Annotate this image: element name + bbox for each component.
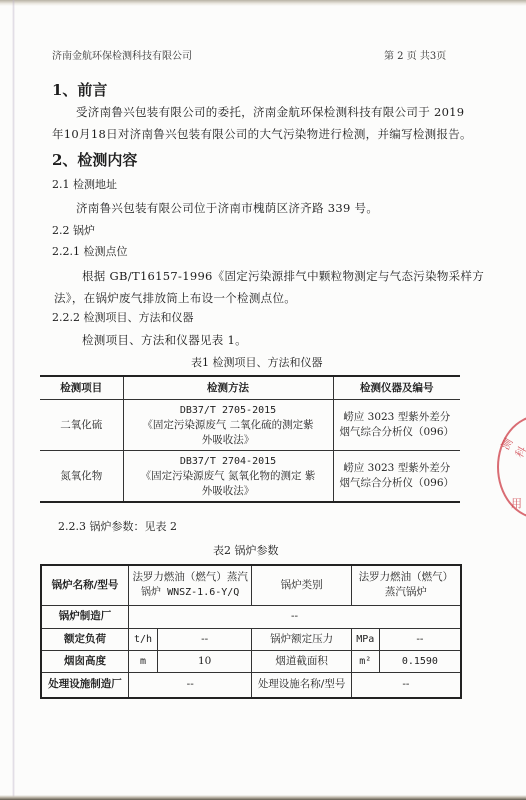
rated-pressure-label: 锅炉额定压力 [252,628,351,650]
table1-header-row: 检测项目 检测方法 检测仪器及编号 [40,376,460,400]
chimney-height-unit: m [129,650,158,672]
table-row: 氮氧化物 DB37/T 2704-2015 《固定污染源废气 氮氧化物的测定 紫… [40,451,460,503]
section2-1-text: 济南鲁兴包装有限公司位于济南市槐荫区济齐路 339 号。 [76,200,378,216]
rated-pressure-value: -- [379,628,461,650]
table1-instrument: 崂应 3023 型紫外差分 烟气综合分析仪（096） [333,451,460,503]
section2-2-2-title: 2.2.2 检测项目、方法和仪器 [52,309,194,325]
section2-2-2-text: 检测项目、方法和仪器见表 1。 [82,332,247,348]
method-standard: DB37/T 2704-2015 [126,454,331,469]
instrument-line1: 崂应 3023 型紫外差分 [336,410,459,425]
page-left-edge [12,0,15,800]
method-name-line2: 外吸收法》 [126,433,331,448]
page-top-edge [0,0,526,6]
table1-method: DB37/T 2704-2015 《固定污染源废气 氮氧化物的测定 紫 外吸收法… [123,451,333,503]
boiler-name-value-line1: 法罗力燃油（燃气）蒸汽 [131,570,249,585]
flue-area-value: 0.1590 [379,650,461,672]
section2-2-1-title: 2.2.1 检测点位 [52,243,128,259]
instrument-line2: 烟气综合分析仪（096） [336,476,459,491]
table2-boiler-parameters: 锅炉名称/型号 法罗力燃油（燃气）蒸汽 锅炉 WNSZ-1.6-Y/Q 锅炉类别… [40,564,462,699]
table2-caption: 表2 锅炉参数 [213,542,279,558]
section2-2-title: 2.2 锅炉 [52,222,95,238]
facility-model-label: 处理设施名称/型号 [252,672,351,698]
boiler-type-value: 法罗力燃油（燃气） 蒸汽锅炉 [351,565,461,605]
instrument-line2: 烟气综合分析仪（096） [336,425,459,440]
header-page-info: 第 2 页 共3页 [384,47,446,62]
table-row: 处理设施制造厂 -- 处理设施名称/型号 -- [41,672,461,698]
table-row: 锅炉制造厂 -- [41,605,461,628]
table1-item: 氮氧化物 [40,451,123,503]
method-standard: DB37/T 2705-2015 [126,403,331,418]
section2-2-1-text-line2: 法》，在锅炉废气排放筒上布设一个检测点位。 [54,290,296,306]
table1-item: 二氧化硫 [40,400,123,451]
section1-paragraph-line1: 受济南鲁兴包装有限公司的委托，济南金航环保检测科技有限公司于 2019 [76,104,464,120]
boiler-manufacturer-value: -- [129,605,462,628]
method-name-line1: 《固定污染源废气 二氧化硫的测定紫 [126,418,331,433]
boiler-type-value-line2: 蒸汽锅炉 [354,585,458,600]
rated-load-unit: t/h [129,628,158,650]
facility-model-value: -- [351,672,461,698]
section1-paragraph-line2: 年10月18日对济南鲁兴包装有限公司的大气污染物进行检测，并编写检测报告。 [52,126,472,142]
page-bottom-edge [0,795,526,800]
table1-header-method: 检测方法 [123,376,333,400]
method-name-line1: 《固定污染源废气 氮氧化物的测定 紫 [126,469,331,484]
table1-instrument: 崂应 3023 型紫外差分 烟气综合分析仪（096） [333,400,460,451]
boiler-name-label: 锅炉名称/型号 [41,565,129,605]
rated-load-value: -- [157,628,251,650]
section2-2-1-text-line1: 根据 GB/T16157-1996《固定污染源排气中颗粒物测定与气态污染物采样方 [82,268,484,284]
header-company: 济南金航环保检测科技有限公司 [52,47,192,62]
table1-detection-methods: 检测项目 检测方法 检测仪器及编号 二氧化硫 DB37/T 2705-2015 … [40,375,460,503]
facility-manufacturer-label: 处理设施制造厂 [41,672,129,698]
section1-title: 1、前言 [52,79,107,100]
boiler-name-value: 法罗力燃油（燃气）蒸汽 锅炉 WNSZ-1.6-Y/Q [129,565,252,605]
table-row: 锅炉名称/型号 法罗力燃油（燃气）蒸汽 锅炉 WNSZ-1.6-Y/Q 锅炉类别… [41,565,461,605]
boiler-name-value-line2: 锅炉 WNSZ-1.6-Y/Q [131,585,249,600]
boiler-type-label: 锅炉类别 [252,565,351,605]
table1-header-instrument: 检测仪器及编号 [333,376,460,400]
boiler-type-value-line1: 法罗力燃油（燃气） [354,570,458,585]
table-row: 额定负荷 t/h -- 锅炉额定压力 MPa -- [41,628,461,650]
flue-area-label: 烟道截面积 [252,650,351,672]
chimney-height-label: 烟囱高度 [41,650,129,672]
facility-manufacturer-value: -- [129,672,252,698]
table1-method: DB37/T 2705-2015 《固定污染源废气 二氧化硫的测定紫 外吸收法》 [123,400,333,451]
chimney-height-value: 10 [157,650,251,672]
table-row: 二氧化硫 DB37/T 2705-2015 《固定污染源废气 二氧化硫的测定紫 … [40,400,460,451]
section2-title: 2、检测内容 [52,149,137,170]
table-row: 烟囱高度 m 10 烟道截面积 m² 0.1590 [41,650,461,672]
method-name-line2: 外吸收法》 [126,484,331,499]
section2-2-3-title: 2.2.3 锅炉参数：见表 2 [58,518,177,534]
section2-1-title: 2.1 检测地址 [52,176,117,192]
instrument-line1: 崂应 3023 型紫外差分 [336,461,459,476]
boiler-manufacturer-label: 锅炉制造厂 [41,605,129,628]
table1-caption: 表1 检测项目、方法和仪器 [191,354,323,370]
stamp-text-bottom: 用 [511,495,522,511]
table1-header-item: 检测项目 [40,376,123,400]
rated-pressure-unit: MPa [351,628,379,650]
flue-area-unit: m² [351,650,379,672]
rated-load-label: 额定负荷 [41,628,129,650]
